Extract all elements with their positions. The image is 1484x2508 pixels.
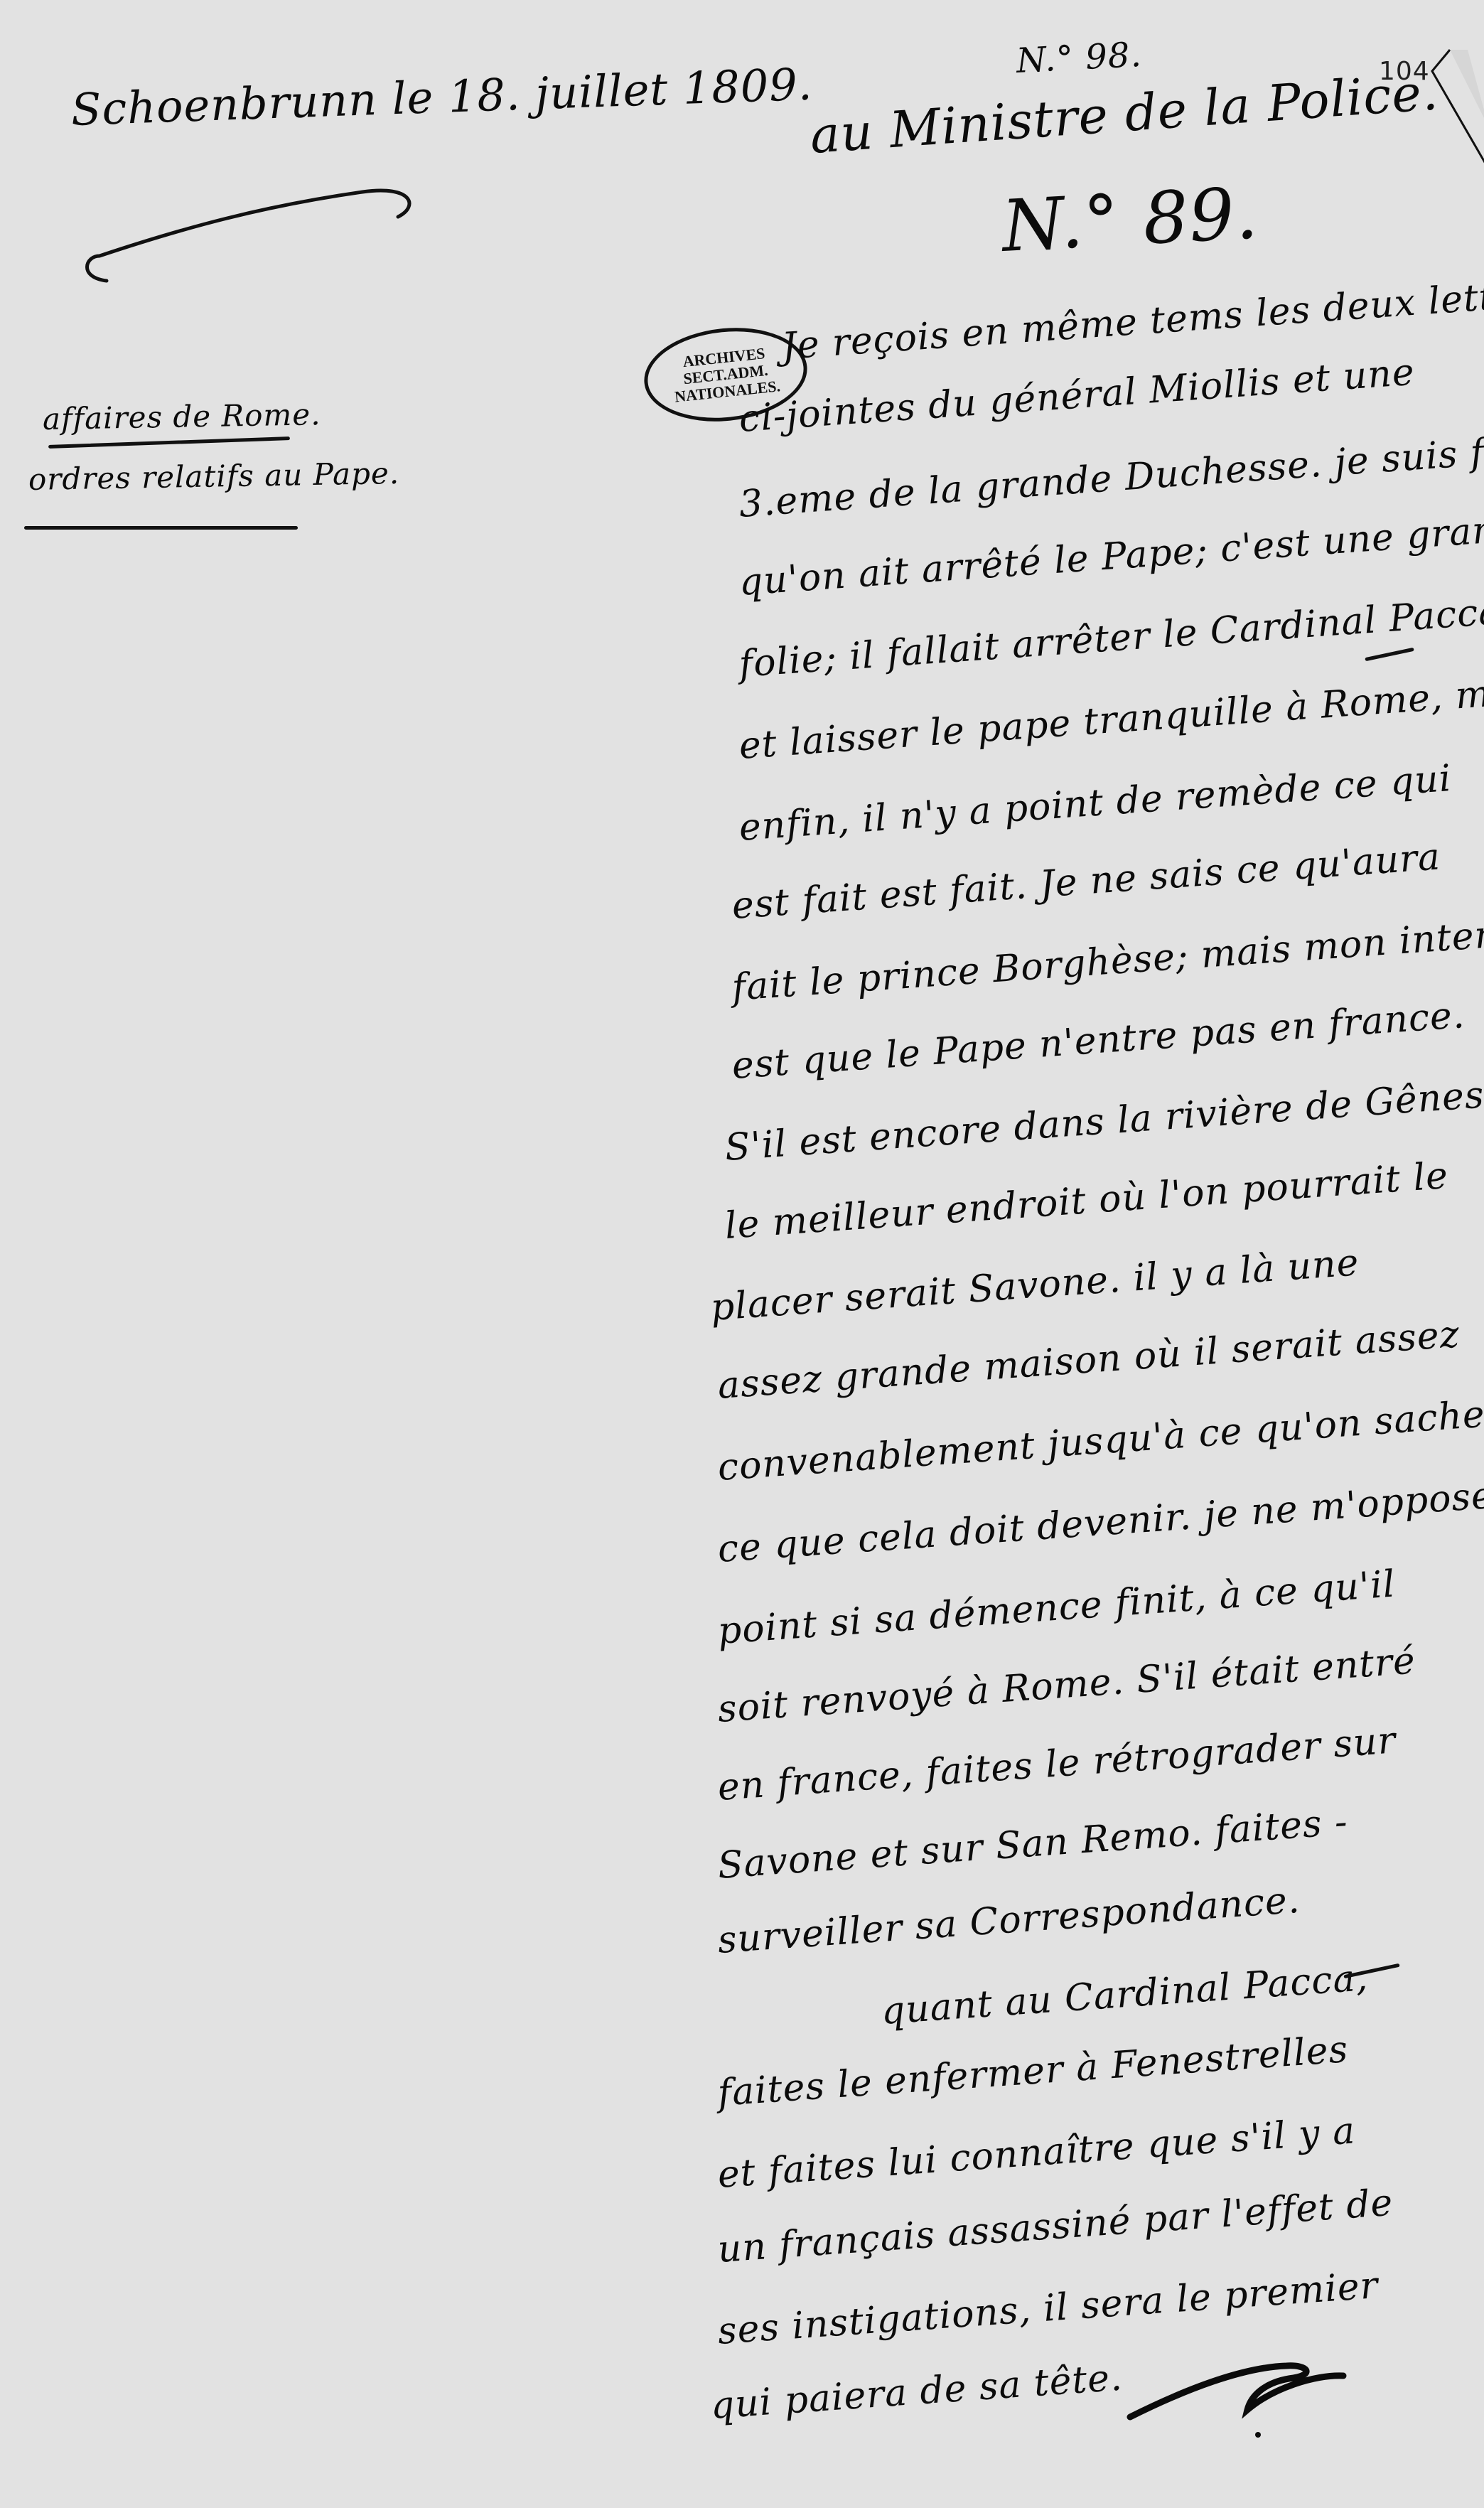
letter-number: N.° 89.	[1000, 171, 1260, 268]
place-date: Schoenbrunn le 18. juillet 1809.	[70, 58, 814, 136]
body-line: est que le Pape n'entre pas en france.	[731, 994, 1466, 1088]
margin-note-subject: affaires de Rome.	[43, 397, 321, 436]
body-line: point si sa démence finit, à ce qu'il	[716, 1563, 1397, 1653]
body-line: surveiller sa Correspondance.	[716, 1879, 1301, 1962]
body-line: qu'on ait arrêté le Pape; c'est une gran…	[738, 505, 1484, 604]
date-flourish-icon	[78, 185, 476, 291]
body-line: enfin, il n'y a point de remède ce qui	[738, 757, 1453, 850]
body-line: placer serait Savone. il y a là une	[709, 1241, 1360, 1329]
body-line: ses instigations, il sera le premier	[716, 2264, 1380, 2353]
body-line-text: folie; il fallait arrêter le Cardinal Pa…	[738, 590, 1484, 686]
body-line: assez grande maison où il serait assez	[716, 1313, 1461, 1408]
body-line: faites le enfermer à Fenestrelles	[716, 2028, 1350, 2115]
letter-page: Schoenbrunn le 18. juillet 1809. N.° 98.…	[0, 0, 1484, 2508]
body-line: est fait est fait. Je ne sais ce qu'aura	[731, 835, 1442, 928]
body-line: ce que cela doit devenir. je ne m'oppose	[716, 1474, 1484, 1571]
body-line: ci-jointes du général Miollis et une	[738, 351, 1416, 441]
body-line: folie; il fallait arrêter le Cardinal Pa…	[738, 590, 1484, 686]
body-line: un français assassiné par l'effet de	[716, 2182, 1394, 2271]
margin-note-orders: ordres relatifs au Pape.	[28, 456, 400, 497]
signature-paraph-icon	[1123, 2360, 1393, 2438]
addressee: au Ministre de la Police.	[808, 63, 1440, 165]
body-line: soit renvoyé à Rome. S'il était entré	[716, 1639, 1417, 1730]
body-line: convenablement jusqu'à ce qu'on sache	[716, 1393, 1484, 1489]
body-line: S'il est encore dans la rivière de Gênes…	[724, 1073, 1484, 1169]
body-line: le meilleur endroit où l'on pourrait le	[724, 1154, 1450, 1248]
body-line: en france, faites le rétrograder sur	[716, 1719, 1397, 1809]
archival-number: N.° 98.	[1016, 35, 1143, 81]
body-line: 3.eme de la grande Duchesse. je suis fac…	[738, 425, 1484, 526]
margin-divider	[24, 526, 298, 530]
body-line: quant au Cardinal Pacca,	[880, 1956, 1370, 2033]
margin-underline	[48, 436, 290, 449]
body-line: Savone et sur San Remo. faites -	[716, 1801, 1350, 1887]
underline-pacca	[1365, 648, 1414, 661]
body-line: qui paiera de sa tête.	[709, 2357, 1124, 2428]
body-line: et faites lui connaître que s'il y a	[716, 2109, 1357, 2197]
body-line: fait le prince Borghèse; mais mon intent…	[731, 908, 1484, 1009]
body-line: et laisser le pape tranquille à Rome, ma…	[738, 669, 1484, 768]
